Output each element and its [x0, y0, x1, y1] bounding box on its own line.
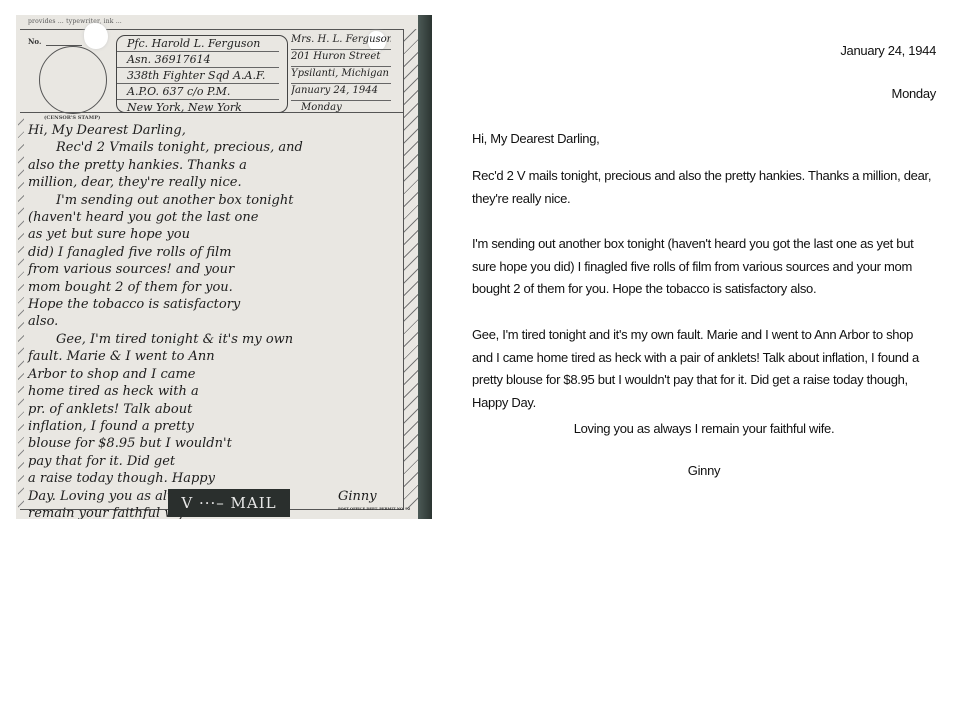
- recipient-line: A.P.O. 637 c/o P.M.: [117, 84, 279, 100]
- recipient-line: Asn. 36917614: [117, 52, 279, 68]
- letter-date: January 24, 1944: [840, 40, 936, 63]
- censor-stamp-circle: [39, 46, 107, 114]
- form-number-label: No.: [28, 37, 41, 46]
- handwritten-line: Hi, My Dearest Darling,: [28, 122, 402, 139]
- handwritten-line: did) I fanagled five rolls of film: [28, 244, 402, 261]
- handwritten-line: also.: [28, 313, 402, 330]
- sender-line: 201 Huron Street: [291, 50, 391, 67]
- handwritten-line: million, dear, they're really nice.: [28, 174, 402, 191]
- sender-line: Ypsilanti, Michigan: [291, 67, 391, 84]
- post-office-permit-text: POST OFFICE DEPT. PERMIT NO. 92: [338, 507, 410, 511]
- letter-paragraph: Rec'd 2 V mails tonight, precious and al…: [472, 165, 936, 210]
- handwritten-line: Rec'd 2 Vmails tonight, precious, and: [28, 139, 402, 156]
- letter-closing: Loving you as always I remain your faith…: [472, 418, 936, 441]
- letter-paragraph: Gee, I'm tired tonight and it's my own f…: [472, 324, 936, 414]
- handwritten-line: from various sources! and your: [28, 261, 402, 278]
- handwritten-line: (haven't heard you got the last one: [28, 209, 402, 226]
- handwritten-line: I'm sending out another box tonight: [28, 192, 402, 209]
- handwritten-line: Hope the tobacco is satisfactory: [28, 296, 402, 313]
- punch-hole: [84, 23, 108, 49]
- form-hatched-margin-left: [18, 113, 24, 513]
- scan-edge-shadow: [418, 15, 432, 519]
- handwritten-line: a raise today though. Happy: [28, 470, 402, 487]
- handwritten-line: Arbor to shop and I came: [28, 366, 402, 383]
- handwritten-line: as yet but sure hope you: [28, 226, 402, 243]
- handwritten-signature: Ginny: [338, 489, 377, 504]
- handwritten-line: pr. of anklets! Talk about: [28, 401, 402, 418]
- handwritten-line: home tired as heck with a: [28, 383, 402, 400]
- letter-signature: Ginny: [472, 460, 936, 483]
- sender-line: Mrs. H. L. Ferguson: [291, 33, 391, 50]
- letter-day: Monday: [892, 83, 936, 106]
- recipient-line: Pfc. Harold L. Ferguson: [117, 36, 279, 52]
- handwritten-line: pay that for it. Did get: [28, 453, 402, 470]
- vmail-scan-image: provides … typewriter, ink … No. (CENSOR…: [16, 15, 432, 519]
- recipient-address-box: Pfc. Harold L. Ferguson Asn. 36917614 33…: [116, 35, 288, 113]
- handwritten-line: blouse for $8.95 but I wouldn't: [28, 435, 402, 452]
- recipient-line: 338th Fighter Sqd A.A.F.: [117, 68, 279, 84]
- form-hatched-margin-right: [403, 29, 418, 509]
- sender-line: January 24, 1944: [291, 84, 391, 101]
- letter-greeting: Hi, My Dearest Darling,: [472, 128, 599, 151]
- recipient-line: New York, New York: [117, 100, 279, 115]
- form-rule-top: [20, 29, 404, 30]
- handwritten-line: mom bought 2 of them for you.: [28, 279, 402, 296]
- handwritten-line: fault. Marie & I went to Ann: [28, 348, 402, 365]
- censor-stamp-label: (CENSOR'S STAMP): [44, 115, 100, 121]
- letter-paragraph: I'm sending out another box tonight (hav…: [472, 233, 936, 301]
- handwritten-line: Gee, I'm tired tonight & it's my own: [28, 331, 402, 348]
- sender-line: Monday: [291, 101, 391, 117]
- sender-block: Mrs. H. L. Ferguson 201 Huron Street Yps…: [291, 33, 391, 117]
- handwritten-line: also the pretty hankies. Thanks a: [28, 157, 402, 174]
- handwritten-line: inflation, I found a pretty: [28, 418, 402, 435]
- form-top-strip: provides … typewriter, ink …: [16, 15, 416, 33]
- vmail-stamp-label: V ···– MAIL: [168, 489, 290, 517]
- handwritten-body: Hi, My Dearest Darling, Rec'd 2 Vmails t…: [28, 122, 402, 519]
